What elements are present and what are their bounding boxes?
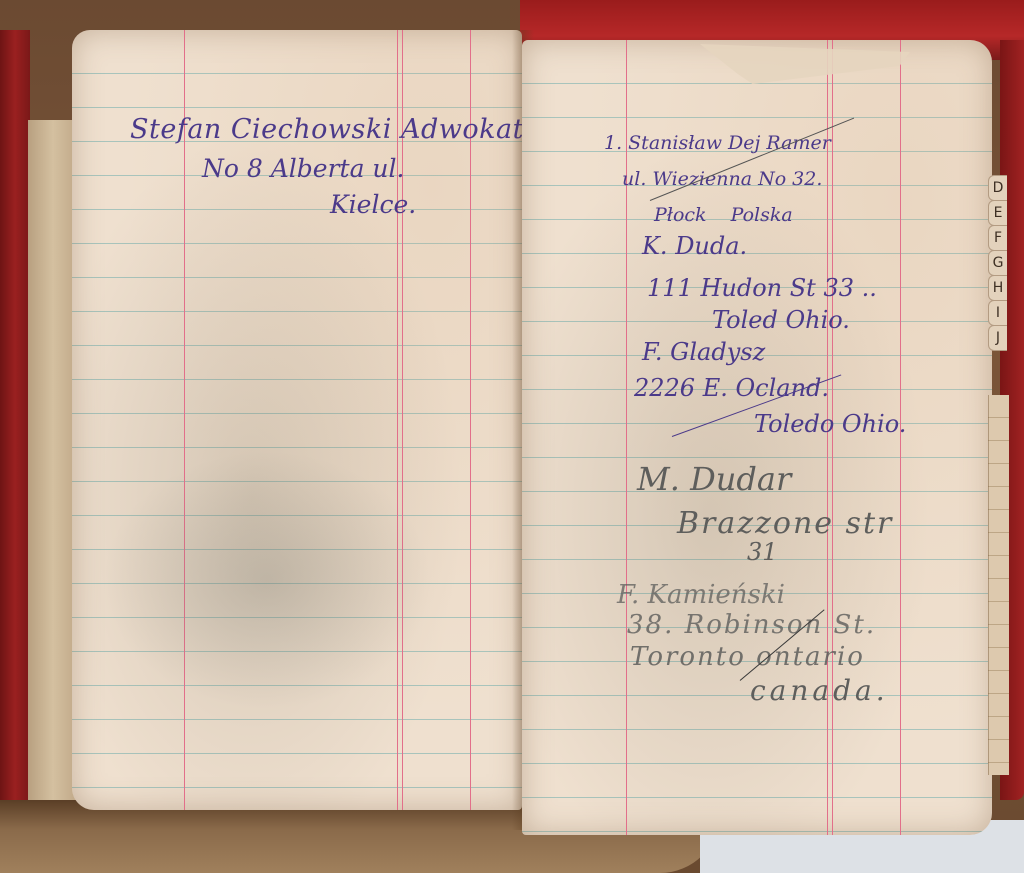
entry-city: Kielce. bbox=[330, 190, 416, 219]
entry-2-street: 111 Hudon St 33 .. bbox=[647, 274, 877, 302]
entry-3-street: 2226 E. Ocland. bbox=[634, 374, 829, 402]
entry-5-country: canada. bbox=[750, 674, 889, 707]
entry-5-street: 38. Robinson St. bbox=[627, 610, 876, 640]
margin-line bbox=[470, 30, 471, 810]
page-stack-left bbox=[28, 120, 78, 810]
entry-2-city: Toled Ohio. bbox=[712, 306, 850, 334]
index-tab-h[interactable]: H bbox=[988, 275, 1007, 301]
index-tab-d[interactable]: D bbox=[988, 175, 1007, 201]
faded-writing-smudge bbox=[102, 450, 432, 710]
entry-street: No 8 Alberta ul. bbox=[202, 154, 404, 183]
entry-1-name: 1. Stanisław Dej Ramer bbox=[604, 132, 831, 154]
entry-5-city: Toronto ontario bbox=[630, 642, 865, 672]
entry-2-name: K. Duda. bbox=[642, 232, 747, 260]
index-tab-g[interactable]: G bbox=[988, 250, 1007, 276]
entry-4-street: Brazzone str bbox=[677, 506, 893, 541]
alphabet-index-tabs: D E F G H I J bbox=[988, 175, 1008, 350]
index-tab-edges bbox=[988, 395, 1009, 775]
entry-3-name: F. Gladysz bbox=[642, 338, 765, 366]
entry-3-city: Toledo Ohio. bbox=[754, 410, 906, 438]
entry-4-number: 31 bbox=[747, 538, 778, 566]
index-tab-j[interactable]: J bbox=[988, 325, 1007, 351]
index-tab-i[interactable]: I bbox=[988, 300, 1007, 326]
entry-1-city: Płock Polska bbox=[654, 204, 793, 226]
index-tab-f[interactable]: F bbox=[988, 225, 1007, 251]
margin-line bbox=[626, 40, 627, 835]
entry-name: Stefan Ciechowski Adwokat bbox=[130, 114, 524, 145]
entry-4-name: M. Dudar bbox=[637, 460, 791, 498]
index-tab-e[interactable]: E bbox=[988, 200, 1007, 226]
right-page: 1. Stanisław Dej Ramer ul. Wiezienna No … bbox=[522, 40, 992, 835]
entry-5-name: F. Kamieński bbox=[617, 580, 785, 610]
cover-red-cloth-left bbox=[0, 30, 30, 820]
left-page: Stefan Ciechowski Adwokat No 8 Alberta u… bbox=[72, 30, 522, 810]
